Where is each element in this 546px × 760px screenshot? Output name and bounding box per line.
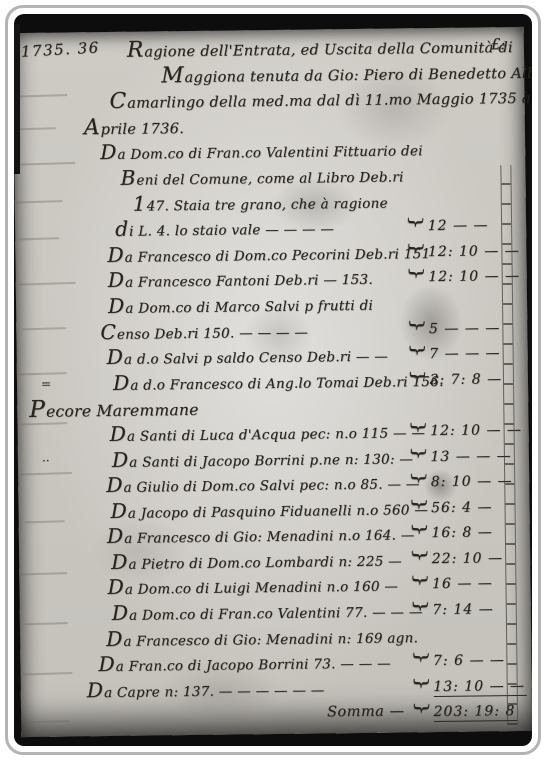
bracket-flourish: } (405, 573, 434, 589)
amount-column: }7 — — — (412, 340, 501, 368)
margin-mark: = (41, 371, 51, 397)
bracket-flourish: } (403, 369, 432, 385)
amount-value: 5 — — — (429, 320, 500, 337)
margin-mark: ·· (42, 448, 50, 474)
amount-value: 16 — — (432, 576, 493, 593)
amount-column: }22: 10 — (414, 545, 503, 573)
amount-value: 13 — — — (430, 448, 511, 465)
bracket-flourish: } (405, 548, 434, 564)
scanned-manuscript-view: 1735. 36 £: Ragione dell'Entrata, ed Usc… (0, 0, 546, 760)
photo-frame: 1735. 36 £: Ragione dell'Entrata, ed Usc… (5, 5, 541, 755)
amount-value: 7 — — — (429, 345, 500, 362)
bracket-flourish: } (401, 215, 430, 231)
amount-column: }203: 19: 8 (416, 698, 518, 726)
amount-value: 7: 6 — — (433, 652, 505, 669)
bracket-flourish: } (404, 445, 433, 461)
amount-column: }16: 8 — (414, 520, 493, 548)
bracket-flourish: } (405, 496, 434, 512)
amount-value: 7: 14 — (432, 601, 494, 618)
amount-column: }13 — — — (413, 443, 512, 471)
manuscript-page: 1735. 36 £: Ragione dell'Entrata, ed Usc… (14, 27, 532, 737)
amount-value: 16: 8 — (431, 525, 493, 542)
bracket-flourish: } (405, 522, 434, 538)
amount-column: }3: 7: 8 — (412, 366, 502, 394)
amount-value: 8: 10 — — (431, 473, 513, 490)
binding-shadow (14, 24, 20, 174)
amount-value: 3: 7: 8 — (429, 371, 502, 388)
bracket-flourish: } (402, 317, 431, 333)
amount-column: }8: 10 — — (413, 468, 513, 496)
somma-amount: 203: 19: 8 (433, 703, 517, 722)
amount-value: 12 — — (428, 218, 489, 235)
bracket-flourish: } (407, 701, 436, 717)
bracket-flourish: } (403, 343, 432, 359)
amount-column: }12 — — (410, 213, 489, 241)
amount-column: }16 — — (414, 571, 493, 599)
bracket-flourish: } (402, 266, 431, 282)
bracket-flourish: } (404, 471, 433, 487)
amount-column: }56: 4 — (413, 494, 492, 522)
amount-value: 56: 4 — (431, 499, 493, 516)
bracket-flourish: } (406, 599, 435, 615)
bracket-flourish: } (406, 650, 435, 666)
scan-backdrop: 1735. 36 £: Ragione dell'Entrata, ed Usc… (14, 14, 532, 746)
bracket-flourish: } (404, 420, 433, 436)
bracket-flourish: } (401, 241, 430, 257)
ledger-content: Ragione dell'Entrata, ed Uscita della Co… (23, 33, 526, 730)
somma-label: Somma — (327, 700, 405, 727)
amount-column: }7: 6 — — (415, 647, 505, 675)
amount-column: }7: 14 — (415, 596, 494, 624)
amount-column: }5 — — — (411, 315, 500, 343)
bracket-flourish: } (407, 676, 436, 692)
somma-row: Somma —}203: 19: 8 (31, 698, 526, 730)
amount-value: 22: 10 — (432, 550, 503, 567)
